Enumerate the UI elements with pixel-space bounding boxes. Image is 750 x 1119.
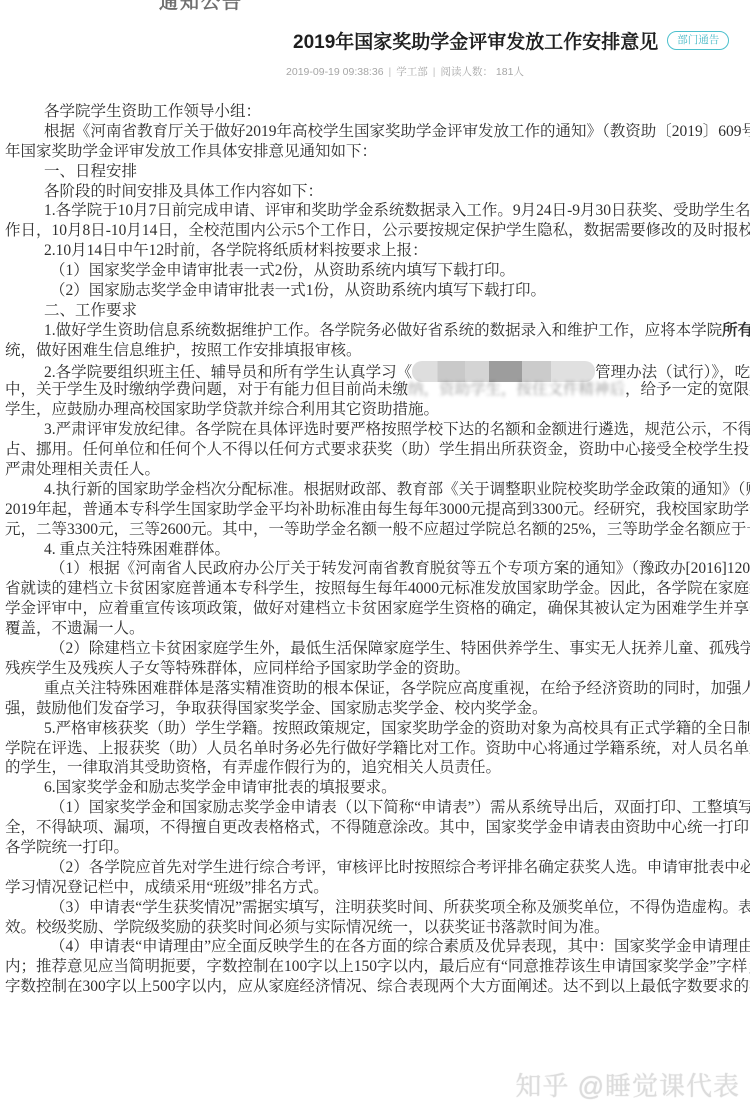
document-text: 学金评审中，应着重宣传该项政策，做好对建档立卡贫困家庭学生资格的确定，确保其被认… — [5, 600, 750, 617]
meta-line: 2019-09-19 09:38:36|学工部|阅读人数： 181人 — [0, 64, 750, 79]
meta-datetime: 2019-09-19 09:38:36 — [286, 66, 384, 78]
document-text: 1.做好学生资助信息系统数据维护工作。各学院务必做好省系统的数据录入和维护工作，… — [44, 322, 722, 339]
document-line: 3.严肃评审发放纪律。各学院在具体评选时要严格按照学校下达的名额和金额进行遴选，… — [0, 420, 750, 440]
title-row: 2019年国家奖助学金评审发放工作安排意见 部门通告 — [293, 27, 729, 54]
document-line: 元，二等3300元，三等2600元。其中，一等助学金名额一般不应超过学院总名额的… — [0, 520, 750, 540]
document-text: 2.10月14日中午12时前，各学院将纸质材料按要求上报： — [44, 242, 428, 259]
document-text: 严肃处理相关责任人。 — [5, 461, 160, 478]
document-line: 2.10月14日中午12时前，各学院将纸质材料按要求上报： — [0, 241, 750, 261]
document-text: 各阶段的时间安排及具体工作内容如下： — [44, 183, 323, 200]
document-text: 的学生，一律取消其受助资格，有弄虚作假行为的，追究相关人员责任。 — [5, 759, 501, 776]
document-line: 5.严格审核获奖（助）学生学籍。按照政策规定，国家奖助学金的资助对象为高校具有正… — [0, 719, 750, 739]
document-text: 4.执行新的国家助学金档次分配标准。根据财政部、教育部《关于调整职业院校奖助学金… — [44, 481, 750, 498]
document-line: 1.各学院于10月7日前完成申请、评审和奖助学金系统数据录入工作。9月24日-9… — [0, 201, 750, 221]
document-line: 的学生，一律取消其受助资格，有弄虚作假行为的，追究相关人员责任。 — [0, 758, 750, 778]
document-line: 4. 重点关注特殊困难群体。 — [0, 540, 750, 560]
document-text: 各学院学生资助工作领导小组： — [44, 103, 261, 120]
document-page: 通知公告 2019年国家奖助学金评审发放工作安排意见 部门通告 2019-09-… — [0, 0, 750, 1119]
document-text: 管理办法（试行）》，吃透 — [595, 364, 750, 381]
meta-separator: | — [433, 66, 436, 78]
document-text: 字数控制在300字以上500字以内，应从家庭经济情况、综合表现两个大方面阐述。达… — [5, 978, 750, 995]
document-text: 中，关于学生及时缴纳学费问题，对于有能力但目前尚未缴 — [5, 381, 408, 398]
document-line: 残疾学生及残疾人子女等特殊群体，应同样给予国家助学金的资助。 — [0, 659, 750, 679]
document-text: 1.各学院于10月7日前完成申请、评审和奖助学金系统数据录入工作。9月24日-9… — [44, 202, 750, 219]
redacted-blur-bar — [412, 361, 595, 382]
document-line: （3）申请表“学生获奖情况”需据实填写，注明获奖时间、所获奖项全称及颁奖单位，不… — [0, 898, 750, 918]
document-line: 根据《河南省教育厅关于做好2019年高校学生国家奖助学金评审发放工作的通知》（教… — [0, 122, 750, 142]
document-line: 学生，应鼓励办理高校国家助学贷款并综合利用其它资助措施。 — [0, 400, 750, 420]
document-line: 作日，10月8日-10月14日，全校范围内公示5个工作日，公示要按规定保护学生隐… — [0, 221, 750, 241]
document-line: 1.做好学生资助信息系统数据维护工作。各学院务必做好省系统的数据录入和维护工作，… — [0, 321, 750, 341]
document-text: 全，不得缺项、漏项，不得擅自更改表格格式，不得随意涂改。其中，国家奖学金申请表由… — [5, 819, 750, 836]
meta-views-label: 阅读人数： — [441, 66, 494, 78]
meta-views-value: 181人 — [496, 66, 524, 78]
document-line: （2）国家励志奖学金申请审批表一式1份，从资助系统内填写下载打印。 — [0, 281, 750, 301]
document-line: 学金评审中，应着重宣传该项政策，做好对建档立卡贫困家庭学生资格的确定，确保其被认… — [0, 599, 750, 619]
document-text: 效。校级奖励、学院级奖励的获奖时间必须与实际情况统一，以获奖证书落款时间为准。 — [5, 919, 610, 936]
document-line: 效。校级奖励、学院级奖励的获奖时间必须与实际情况统一，以获奖证书落款时间为准。 — [0, 918, 750, 938]
department-notice-badge: 部门通告 — [667, 31, 729, 51]
document-text: 省就读的建档立卡贫困家庭普通本专科学生，按照每生每年4000元标准发放国家助学金… — [5, 580, 750, 597]
document-line: 各学院统一打印。 — [0, 838, 750, 858]
document-text: 6.国家奖学金和励志奖学金申请审批表的填报要求。 — [44, 779, 397, 796]
document-line: 2019年起，普通本专科学生国家助学金平均补助标准由每生每年3000元提高到33… — [0, 500, 750, 520]
document-line: 严肃处理相关责任人。 — [0, 460, 750, 480]
document-text: （2）各学院应首先对学生进行综合考评，审核评比时按照综合考评排名确定获奖人选。申… — [50, 859, 750, 876]
document-line: 学习情况登记栏中，成绩采用“班级”排名方式。 — [0, 878, 750, 898]
document-line: 各阶段的时间安排及具体工作内容如下： — [0, 182, 750, 202]
document-text: 所有 — [722, 322, 750, 339]
document-text: 作日，10月8日-10月14日，全校范围内公示5个工作日，公示要按规定保护学生隐… — [5, 222, 750, 239]
document-line: 学院在评选、上报获奖（助）人员名单时务必先行做好学籍比对工作。资助中心将通过学籍… — [0, 739, 750, 759]
document-text: 各学院统一打印。 — [5, 839, 129, 856]
document-line: （1）根据《河南省人民政府办公厅关于转发河南省教育脱贫等五个专项方案的通知》（豫… — [0, 559, 750, 579]
document-text: 5.严格审核获奖（助）学生学籍。按照政策规定，国家奖助学金的资助对象为高校具有正… — [44, 720, 750, 737]
document-text: 3.严肃评审发放纪律。各学院在具体评选时要严格按照学校下达的名额和金额进行遴选，… — [44, 421, 750, 438]
document-text: 2019年起，普通本专科学生国家助学金平均补助标准由每生每年3000元提高到33… — [5, 501, 750, 518]
document-line: 中，关于学生及时缴纳学费问题，对于有能力但目前尚未缴纳，资助学生，按住文件精神后… — [0, 380, 750, 400]
top-nav-label: 通知公告 — [159, 0, 243, 14]
document-line: 4.执行新的国家助学金档次分配标准。根据财政部、教育部《关于调整职业院校奖助学金… — [0, 480, 750, 500]
document-line: 各学院学生资助工作领导小组： — [0, 102, 750, 122]
document-line: 占、挪用。任何单位和任何个人不得以任何方式要求获奖（助）学生捐出所获资金，资助中… — [0, 440, 750, 460]
document-line: 一、日程安排 — [0, 162, 750, 182]
document-text: 学院在评选、上报获奖（助）人员名单时务必先行做好学籍比对工作。资助中心将通过学籍… — [5, 740, 750, 757]
document-body: 各学院学生资助工作领导小组：根据《河南省教育厅关于做好2019年高校学生国家奖助… — [0, 102, 750, 997]
document-text: （3）申请表“学生获奖情况”需据实填写，注明获奖时间、所获奖项全称及颁奖单位，不… — [50, 899, 750, 916]
document-line: 6.国家奖学金和励志奖学金申请审批表的填报要求。 — [0, 778, 750, 798]
document-line: 二、工作要求 — [0, 301, 750, 321]
document-text: 统，做好困难生信息维护，按照工作安排填报审核。 — [5, 342, 362, 359]
document-text: 残疾学生及残疾人子女等特殊群体，应同样给予国家助学金的资助。 — [5, 660, 470, 677]
document-text: 二、工作要求 — [44, 302, 137, 319]
document-text: 年国家奖助学金评审发放工作具体安排意见通知如下： — [5, 143, 377, 160]
document-line: 统，做好困难生信息维护，按照工作安排填报审核。 — [0, 341, 750, 361]
document-text: 2.各学院要组织班主任、辅导员和所有学生认真学习《 — [44, 364, 412, 381]
document-text: （2）除建档立卡贫困家庭学生外，最低生活保障家庭学生、特困供养学生、事实无人抚养… — [50, 640, 750, 657]
document-line: （1）国家奖学金申请审批表一式2份，从资助系统内填写下载打印。 — [0, 261, 750, 281]
document-line: （4）申请表“申请理由”应全面反映学生的在各方面的综合素质及优异表现，其中：国家… — [0, 937, 750, 957]
document-text: （1）国家奖学金和国家励志奖学金申请表（以下简称“申请表”）需从系统导出后，双面… — [50, 799, 750, 816]
document-line: 省就读的建档立卡贫困家庭普通本专科学生，按照每生每年4000元标准发放国家助学金… — [0, 579, 750, 599]
document-text: 强，鼓励他们发奋学习，争取获得国家奖学金、国家励志奖学金、校内奖学金。 — [5, 700, 548, 717]
document-text: 学生，应鼓励办理高校国家助学贷款并综合利用其它资助措施。 — [5, 401, 439, 418]
document-line: 年国家奖助学金评审发放工作具体安排意见通知如下： — [0, 142, 750, 162]
document-text: （1）国家奖学金申请审批表一式2份，从资助系统内填写下载打印。 — [50, 262, 515, 279]
document-line: 全，不得缺项、漏项，不得擅自更改表格格式，不得随意涂改。其中，国家奖学金申请表由… — [0, 818, 750, 838]
document-text: 纳，资助学生，按住文件精神后 — [408, 381, 625, 398]
document-text: 一、日程安排 — [44, 163, 137, 180]
page-title: 2019年国家奖助学金评审发放工作安排意见 — [293, 27, 658, 54]
document-text: 覆盖，不遗漏一人。 — [5, 620, 145, 637]
document-line: 重点关注特殊困难群体是落实精准资助的根本保证，各学院应高度重视，在给予经济资助的… — [0, 679, 750, 699]
document-line: 内；推荐意见应当简明扼要，字数控制在100字以上150字以内，最后应有“同意推荐… — [0, 957, 750, 977]
watermark: 知乎 @睡觉课代表 — [515, 1066, 740, 1103]
document-text: 占、挪用。任何单位和任何个人不得以任何方式要求获奖（助）学生捐出所获资金，资助中… — [5, 441, 750, 458]
document-text: （1）根据《河南省人民政府办公厅关于转发河南省教育脱贫等五个专项方案的通知》（豫… — [50, 560, 750, 577]
document-text: 学习情况登记栏中，成绩采用“班级”排名方式。 — [5, 879, 329, 896]
meta-separator: | — [389, 66, 392, 78]
document-line: （1）国家奖学金和国家励志奖学金申请表（以下简称“申请表”）需从系统导出后，双面… — [0, 798, 750, 818]
document-line: 强，鼓励他们发奋学习，争取获得国家奖学金、国家励志奖学金、校内奖学金。 — [0, 699, 750, 719]
document-text: 根据《河南省教育厅关于做好2019年高校学生国家奖助学金评审发放工作的通知》（教… — [44, 123, 750, 140]
document-line: 2.各学院要组织班主任、辅导员和所有学生认真学习《管理办法（试行）》，吃透 — [0, 361, 750, 381]
document-text: 重点关注特殊困难群体是落实精准资助的根本保证，各学院应高度重视，在给予经济资助的… — [44, 680, 750, 697]
document-text: 4. 重点关注特殊困难群体。 — [44, 541, 230, 558]
meta-department: 学工部 — [396, 66, 428, 78]
document-line: （2）各学院应首先对学生进行综合考评，审核评比时按照综合考评排名确定获奖人选。申… — [0, 858, 750, 878]
document-text: 内；推荐意见应当简明扼要，字数控制在100字以上150字以内，最后应有“同意推荐… — [5, 958, 750, 975]
document-text: ，给予一定的宽限期； — [625, 381, 750, 398]
document-text: （4）申请表“申请理由”应全面反映学生的在各方面的综合素质及优异表现，其中：国家… — [50, 938, 750, 955]
document-line: （2）除建档立卡贫困家庭学生外，最低生活保障家庭学生、特困供养学生、事实无人抚养… — [0, 639, 750, 659]
document-line: 覆盖，不遗漏一人。 — [0, 619, 750, 639]
document-text: （2）国家励志奖学金申请审批表一式1份，从资助系统内填写下载打印。 — [50, 282, 546, 299]
document-line: 字数控制在300字以上500字以内，应从家庭经济情况、综合表现两个大方面阐述。达… — [0, 977, 750, 997]
document-text: 元，二等3300元，三等2600元。其中，一等助学金名额一般不应超过学院总名额的… — [5, 521, 750, 538]
